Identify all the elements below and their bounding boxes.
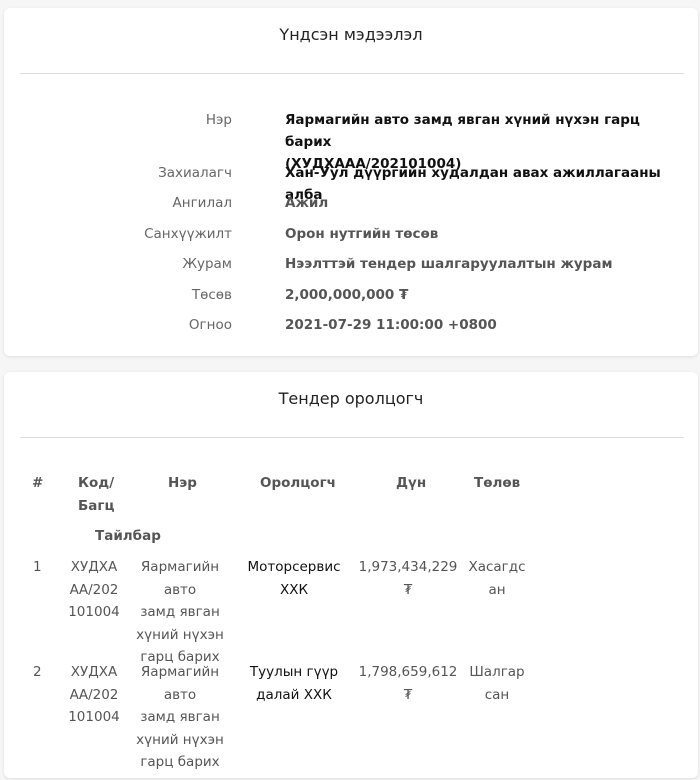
cell-line: Шалгар [469, 664, 524, 680]
cell-line: ХУДХА [71, 559, 118, 575]
info-label: Санхүүжилт [82, 223, 232, 245]
info-label: Огноо [82, 314, 232, 336]
header-status: Төлөв [474, 472, 520, 495]
bidders-card: Тендер оролцогч # Код/ Багц Нэр Оролцогч… [4, 372, 698, 778]
cell-line: ХУДХА [71, 664, 118, 680]
cell-line: ан [488, 582, 505, 598]
cell-code: ХУДХА АА/202 101004 [66, 556, 122, 624]
cell-name: Яармагийн авто замд явган хүний нүхэн га… [124, 556, 236, 669]
cell-index: 2 [33, 661, 42, 684]
cell-amount: 1,973,434,229 ₮ [354, 556, 462, 601]
cell-line: Яармагийн авто [141, 664, 219, 703]
cell-line: Туулын гүүр [250, 664, 338, 680]
info-label: Нэр [82, 109, 232, 131]
card-title: Тендер оролцогч [4, 389, 698, 408]
header-code-line: Код/ [78, 475, 114, 491]
card-title: Үндсэн мэдээлэл [4, 25, 698, 44]
header-index: # [32, 472, 43, 495]
info-value: 2021-07-29 11:00:00 +0800 [285, 314, 665, 336]
cell-amount: 1,798,659,612 ₮ [354, 661, 462, 706]
cell-line: замд явган [140, 709, 220, 725]
basic-info-card: Үндсэн мэдээлэл Нэр Яармагийн авто замд … [4, 8, 698, 356]
cell-line: Яармагийн авто [141, 559, 219, 598]
cell-name: Яармагийн авто замд явган хүний нүхэн га… [124, 661, 236, 774]
cell-line: хүний нүхэн [136, 732, 224, 748]
cell-line: АА/202 [70, 687, 119, 703]
info-value-line: Яармагийн авто замд явган хүний нүхэн га… [285, 112, 640, 150]
divider [20, 73, 684, 74]
divider [20, 437, 684, 438]
cell-code: ХУДХА АА/202 101004 [66, 661, 122, 729]
cell-line: сан [485, 687, 510, 703]
cell-bidder: Моторсервис ХХК [244, 556, 344, 601]
info-value: 2,000,000,000 ₮ [285, 284, 665, 306]
cell-line: 101004 [68, 604, 120, 620]
cell-line: замд явган [140, 604, 220, 620]
info-value: Ажил [285, 192, 665, 214]
cell-bidder: Туулын гүүр далай ХХК [244, 661, 344, 706]
cell-line: хүний нүхэн [136, 627, 224, 643]
cell-line: ХХК [280, 582, 308, 598]
cell-line: 101004 [68, 709, 120, 725]
cell-status: Шалгар сан [466, 661, 528, 706]
header-amount: Дүн [396, 472, 426, 495]
cell-line: гарц барих [140, 754, 219, 770]
cell-line: далай ХХК [256, 687, 332, 703]
header-description: Тайлбар [95, 525, 161, 548]
cell-line: Моторсервис [247, 559, 340, 575]
cell-index: 1 [33, 556, 42, 579]
info-label: Төсөв [82, 284, 232, 306]
info-label: Журам [82, 253, 232, 275]
info-label: Ангилал [82, 192, 232, 214]
info-value: Нээлттэй тендер шалгаруулалтын журам [285, 253, 665, 275]
info-value: Орон нутгийн төсөв [285, 223, 665, 245]
header-code-line: Багц [78, 498, 114, 514]
info-label: Захиалагч [82, 162, 232, 184]
header-name: Нэр [168, 472, 197, 495]
header-bidder: Оролцогч [260, 472, 336, 495]
cell-status: Хасагдс ан [466, 556, 528, 601]
cell-line: Хасагдс [468, 559, 525, 575]
header-code: Код/ Багц [78, 472, 114, 517]
cell-line: АА/202 [70, 582, 119, 598]
